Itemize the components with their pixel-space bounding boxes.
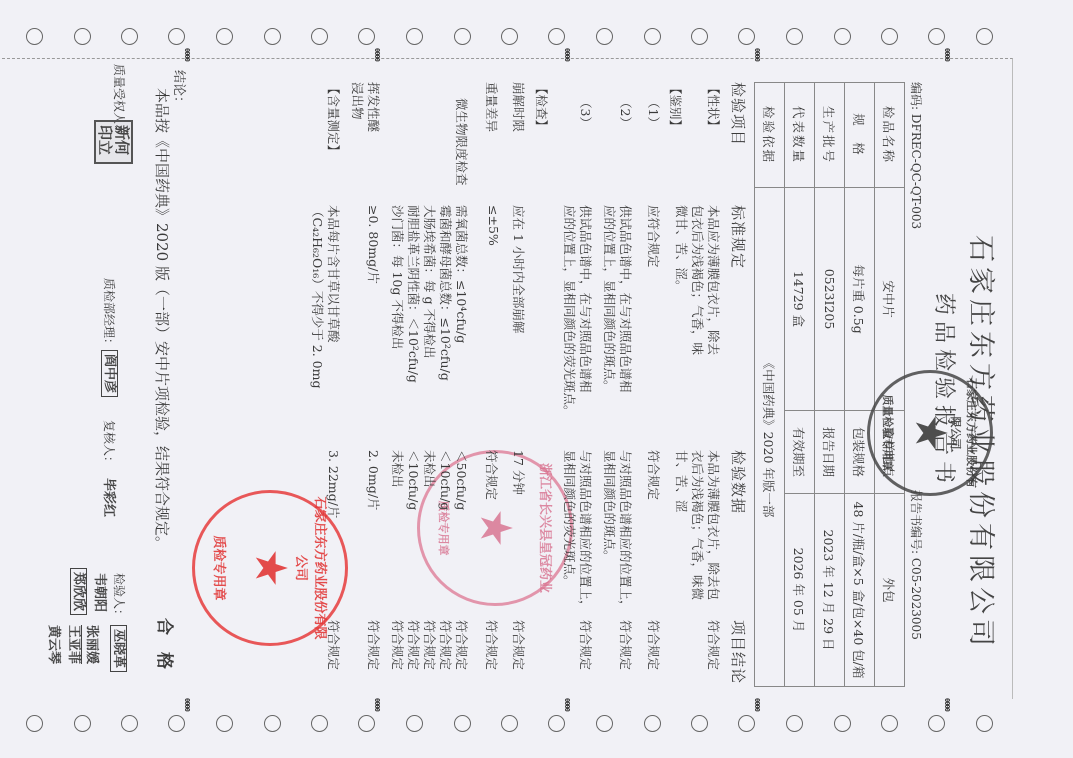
tractor-hole (121, 28, 138, 45)
doc-code-value: DFREC-QC-QT-003 (909, 114, 923, 229)
item-conclusion: 符合规定 (325, 620, 343, 670)
standard-line: 霉菌和酵母菌总数：≤10²cfu/g (437, 205, 455, 381)
qc-manager-seal-text: 阎中彦 (101, 350, 118, 397)
standard-line: （C₄₂H₆₂O₁₆）不得少于 2. 0mg (309, 205, 327, 388)
tractor-code: 0000 (183, 48, 191, 61)
tractor-hole (644, 715, 661, 732)
standard-line: 大肠埃希菌：每 g 不得检出 (421, 205, 439, 358)
pass-mark: 合 格 (154, 618, 179, 669)
col-header-conclusion: 项目结论 (728, 620, 749, 684)
info-value: 48 片/瓶/盒×5 盒/包×40 包/箱 (845, 494, 875, 687)
test-item: 微生物限度检查 (453, 98, 471, 186)
qc-manager-label: 质检部经理： (101, 278, 118, 350)
result-line: 衣后为浅褐色；气香，味微 (689, 450, 707, 600)
info-label: 报告日期 (815, 411, 845, 494)
test-item: 【鉴别】 (667, 82, 685, 132)
tractor-hole (644, 28, 661, 45)
tractor-hole (501, 28, 518, 45)
item-conclusion: 符合规定 (437, 620, 455, 670)
inspector-3-text: 郑欣欣 (70, 568, 87, 615)
tractor-hole (976, 28, 993, 45)
col-header-item: 检验项目 (728, 82, 749, 146)
qc-manager-seal: 阎中彦 (102, 350, 121, 397)
tractor-hole (74, 715, 91, 732)
test-item: 崩解时限 (510, 82, 528, 132)
tractor-hole (596, 715, 613, 732)
report-number-label: 报告书编号: (909, 490, 923, 554)
tractor-hole (738, 715, 755, 732)
tractor-hole (691, 28, 708, 45)
tractor-hole (928, 28, 945, 45)
tractor-hole (358, 715, 375, 732)
tractor-hole (168, 28, 185, 45)
tractor-code: 0000 (563, 48, 571, 61)
result-line: 显相同颜色的荧光斑点。 (561, 450, 579, 588)
col-header-data: 检验数据 (728, 450, 749, 514)
tractor-hole (501, 715, 518, 732)
tractor-code: 0000 (373, 48, 381, 61)
test-item: 重量差异 (483, 82, 501, 132)
tractor-code: 0000 (943, 48, 951, 61)
tractor-hole (358, 28, 375, 45)
info-label: 规 格 (845, 83, 875, 188)
result-line: 2. 0mg/片 (365, 450, 383, 510)
tractor-hole (216, 715, 233, 732)
stamp-gray-bottom: 质量检验专用章 (880, 373, 896, 493)
standard-line: ≥0. 80mg/片 (365, 205, 383, 284)
item-conclusion: 符合规定 (705, 620, 723, 670)
test-item: （3） (577, 96, 595, 129)
result-line: 未检出 (421, 450, 439, 488)
item-conclusion: 符合规定 (510, 620, 528, 670)
info-row: 检验依据《中国药典》2020 年版一部 (755, 83, 785, 687)
standard-line: 沙门菌：每 10g 不得检出 (389, 205, 407, 349)
result-line: 与对照品色谱相应的位置上， (577, 450, 595, 613)
tractor-hole (786, 715, 803, 732)
inspector-3: 郑欣欣 (71, 568, 90, 615)
standard-line: 需氧菌总数：≤10⁴cfu/g (453, 205, 471, 343)
item-conclusion: 符合规定 (645, 620, 663, 670)
test-item: （1） (645, 96, 663, 129)
tractor-hole (216, 28, 233, 45)
inspector-2: 韦朝阳 (92, 573, 111, 612)
tractor-hole (976, 715, 993, 732)
standard-line: 包衣后为浅褐色；气香，味 (689, 205, 707, 355)
doc-code: 编码: DFREC-QC-QT-003 (908, 82, 925, 229)
tractor-hole (264, 715, 281, 732)
info-row: 生产批号0523I205报告日期2023 年 12 月 29 日 (815, 83, 845, 687)
tractor-code: 0000 (753, 698, 761, 711)
tractor-hole (406, 715, 423, 732)
tractor-code: 0000 (753, 48, 761, 61)
test-item: （2） (617, 96, 635, 129)
result-line: 符合规定 (645, 450, 663, 500)
company-qc-stamp-gray: ★ 石家庄东方药业股份有限公司 质量检验专用章 (867, 370, 993, 496)
doc-code-label: 编码: (909, 82, 923, 110)
stamp-gray-text: 石家庄东方药业股份有限公司 (948, 373, 980, 493)
tractor-code: 0000 (183, 698, 191, 711)
tractor-hole (834, 28, 851, 45)
test-item: 【性状】 (705, 82, 723, 132)
report-number: 报告书编号: C05-2023005 (908, 490, 925, 640)
tractor-hole (834, 715, 851, 732)
info-label: 生产批号 (815, 83, 845, 188)
info-value: 2023 年 12 月 29 日 (815, 494, 845, 687)
result-line: 本品为薄膜包衣片，除去包 (705, 450, 723, 600)
tractor-code: 0000 (373, 698, 381, 711)
info-value: 外包 (875, 494, 905, 687)
tractor-hole (786, 28, 803, 45)
stamp-red-bottom: 质检专用章 (211, 493, 230, 643)
info-value: 0523I205 (815, 188, 845, 411)
inspector-1-text: 巫晓革 (110, 625, 127, 672)
tractor-hole (406, 28, 423, 45)
info-label: 有效期至 (785, 411, 815, 494)
conclusion-label: 结论： (171, 70, 190, 109)
tractor-code: 0000 (563, 698, 571, 711)
result-line: 甘、苦、涩 (673, 450, 691, 513)
info-value: 14729 盒 (785, 188, 815, 411)
info-label: 检验依据 (755, 83, 785, 188)
test-item: 【检查】 (533, 82, 551, 132)
item-conclusion: 符合规定 (577, 620, 595, 670)
test-item: 挥发性醚 (365, 82, 383, 132)
result-line: 显相同颜色的斑点。 (601, 450, 619, 563)
test-item: 浸出物 (349, 82, 367, 120)
document-page: 石家庄东方药业股份有限公司 药品检验报告书 编码: DFREC-QC-QT-00… (0, 0, 1073, 758)
inspector-label: 检验人： (111, 573, 128, 621)
tractor-hole (881, 715, 898, 732)
test-item: 【含量测定】 (325, 82, 343, 157)
info-label: 检品名称 (875, 83, 905, 188)
info-value: 每片重 0.5g (845, 188, 875, 411)
standard-line: ≤±5% (486, 205, 501, 246)
tractor-code: 0000 (943, 698, 951, 711)
item-conclusion: 符合规定 (421, 620, 439, 670)
info-row: 代表数量14729 盒有效期至2026 年 05 月 (785, 83, 815, 687)
tractor-hole (596, 28, 613, 45)
star-icon: ★ (473, 508, 517, 547)
item-conclusion: 符合规定 (617, 620, 635, 670)
standard-line: 本品应为薄膜包衣片，除去 (705, 205, 723, 355)
tractor-hole (691, 715, 708, 732)
tractor-hole (548, 715, 565, 732)
tractor-hole (548, 28, 565, 45)
info-label: 代表数量 (785, 83, 815, 188)
tractor-hole (454, 715, 471, 732)
stamp-pink-text: 浙江省长兴县皇冠药业 (537, 453, 556, 603)
item-conclusion: 符合规定 (405, 620, 423, 670)
tractor-hole (881, 28, 898, 45)
tractor-hole (454, 28, 471, 45)
standard-line: 应的位置上，显相同颜色的荧光斑点。 (561, 205, 579, 418)
item-conclusion: 符合规定 (483, 620, 501, 670)
info-value: 2026 年 05 月 (785, 494, 815, 687)
inspector-1: 巫晓革 (111, 625, 130, 672)
item-conclusion: 符合规定 (453, 620, 471, 670)
tractor-hole (311, 28, 328, 45)
col-header-standard: 标准规定 (728, 205, 749, 269)
inspector-4: 张丽媛 (84, 625, 103, 664)
info-value: 《中国药典》2020 年版一部 (755, 188, 785, 687)
result-line: ＜10cfu/g (437, 450, 455, 510)
tractor-hole (738, 28, 755, 45)
standard-line: 应在 1 小时内全部崩解 (510, 205, 528, 333)
standard-line: 供试品色谱中，在与对照品色谱相 (617, 205, 635, 393)
tractor-hole (121, 715, 138, 732)
tractor-hole (928, 715, 945, 732)
standard-line: 供试品色谱中，在与对照品色谱相 (577, 205, 595, 393)
standard-line: 本品每片含甘草以甘草酸 (325, 205, 343, 343)
inspector-6: 黄云琴 (46, 625, 65, 664)
info-row: 规 格每片重 0.5g包装规格48 片/瓶/盒×5 盒/包×40 包/箱 (845, 83, 875, 687)
result-line: 未检出 (389, 450, 407, 488)
report-number-value: C05-2023005 (909, 558, 923, 640)
result-line: 符合规定 (483, 450, 501, 500)
star-icon: ★ (908, 413, 952, 452)
tractor-hole (264, 28, 281, 45)
qa-person-seal: 新何印立 (94, 120, 133, 164)
conclusion-text: 本品按《中国药典》2020 版（一部）安中片项检验，结果符合规定。 (152, 88, 173, 551)
reviewer-name: 毕彩红 (101, 478, 120, 517)
result-line: 17 分钟 (510, 450, 528, 495)
standard-line: 应符合规定 (645, 205, 663, 268)
item-conclusion: 符合规定 (365, 620, 383, 670)
star-icon: ★ (248, 548, 292, 587)
standard-line: 耐胆盐革兰阴性菌：＜10²cfu/g (405, 205, 423, 383)
tractor-hole (26, 28, 43, 45)
tractor-hole (26, 715, 43, 732)
tractor-hole (74, 28, 91, 45)
standard-line: 微甘、苦、涩。 (673, 205, 691, 293)
standard-line: 应的位置上，显相同颜色的斑点。 (601, 205, 619, 393)
tractor-hole (311, 715, 328, 732)
item-conclusion: 符合规定 (389, 620, 407, 670)
result-line: 3. 22mg/片 (325, 450, 343, 518)
inspector-5: 王亚菲 (66, 625, 85, 664)
result-line: ＜50cfu/g (453, 450, 471, 510)
reviewer-label: 复核人： (101, 420, 118, 468)
result-line: 与对照品色谱相应的位置上， (617, 450, 635, 613)
result-line: ＜10cfu/g (405, 450, 423, 510)
tractor-hole (168, 715, 185, 732)
